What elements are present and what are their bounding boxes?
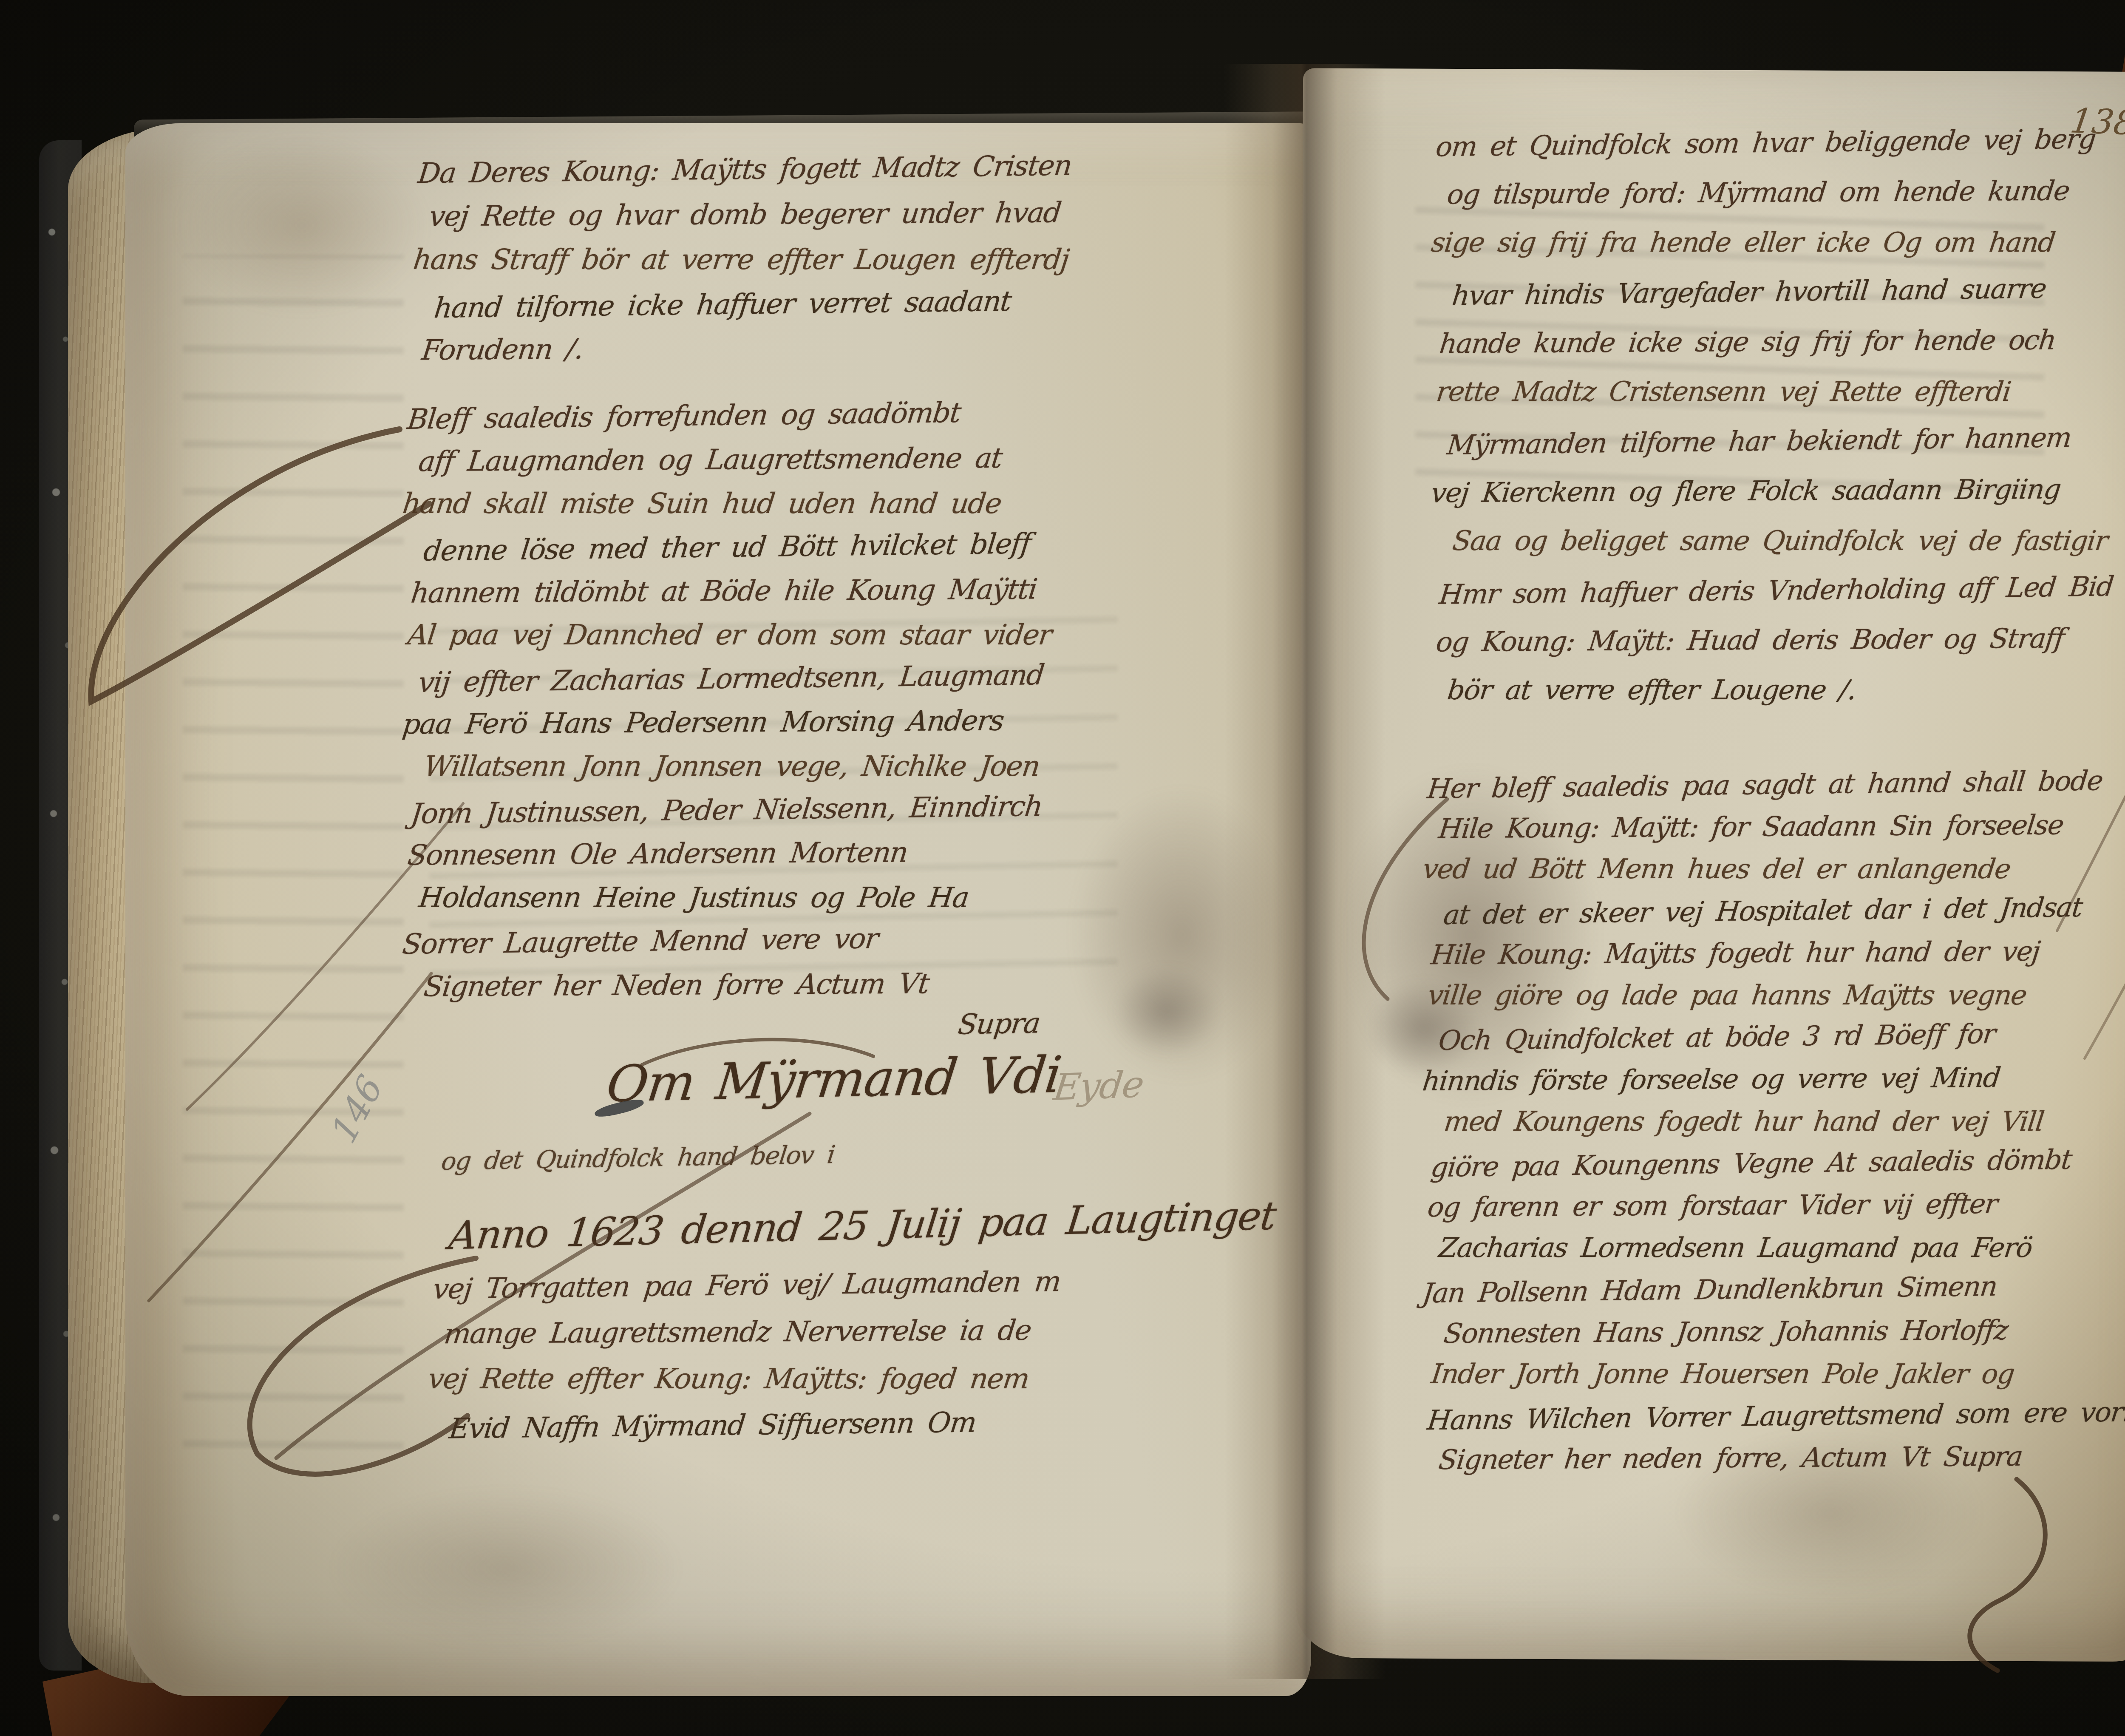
marbled-cover-edge xyxy=(39,140,82,1671)
section-heading: Om Mÿrmand Vdi xyxy=(603,1045,1064,1113)
heading-faint-word: Eyde xyxy=(1051,1063,1146,1109)
manuscript-photo: Da Deres Koung: Maÿtts fogett Madtz Cris… xyxy=(0,0,2125,1736)
supra-word: Supra xyxy=(956,1007,1042,1041)
folio-number: 138 xyxy=(2068,101,2125,143)
left-page xyxy=(125,123,1311,1696)
right-page xyxy=(1296,68,2125,1662)
